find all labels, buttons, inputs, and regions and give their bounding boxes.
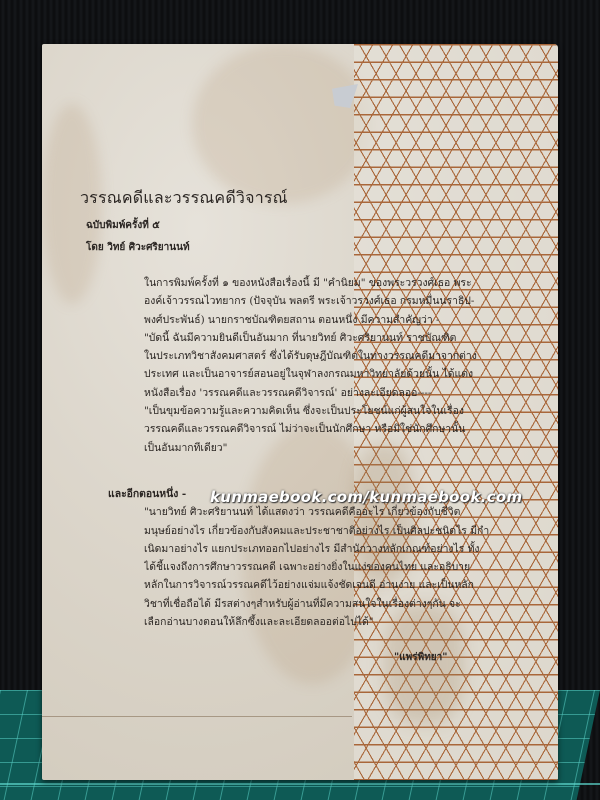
text-line: ได้ชี้แจงถึงการศึกษาวรรณคดี เฉพาะอย่างยิ… — [144, 558, 494, 576]
text-line: พงศ์ประพันธ์) นายกราชบัณฑิตยสถาน ตอนหนึ่… — [144, 311, 494, 329]
text-line: หนังสือเรื่อง 'วรรณคดีและวรรณคดีวิจารณ์'… — [144, 384, 494, 402]
text-line: วรรณคดีและวรรณคดีวิจารณ์ ไม่ว่าจะเป็นนัก… — [144, 420, 494, 438]
book-title: วรรณคดีและวรรณคดีวิจารณ์ — [80, 186, 288, 211]
text-line: มนุษย์อย่างไร เกี่ยวข้องกับสังคมและประชา… — [144, 522, 494, 540]
text-line: องค์เจ้าวรรณไวทยากร (ปัจจุบัน พลตรี พระเ… — [144, 292, 494, 310]
cover-crease — [42, 716, 352, 717]
foreword-paragraph-1: ในการพิมพ์ครั้งที่ ๑ ของหนังสือเรื่องนี้… — [144, 274, 494, 457]
text-line: ในการพิมพ์ครั้งที่ ๑ ของหนังสือเรื่องนี้… — [144, 274, 494, 292]
text-line: วิชาที่เชื่อถือได้ มีรสต่างๆสำหรับผู้อ่า… — [144, 595, 494, 613]
signature: "แพร่พิทยา" — [394, 650, 448, 665]
book-back-cover: วรรณคดีและวรรณคดีวิจารณ์ ฉบับพิมพ์ครั้งท… — [42, 44, 558, 780]
edition-label: ฉบับพิมพ์ครั้งที่ ๕ — [86, 218, 160, 233]
cutting-mat-line — [0, 783, 600, 785]
text-line: เป็นอันมากทีเดียว" — [144, 439, 494, 457]
text-line: "บัดนี้ ฉันมีความยินดีเป็นอันมาก ที่นายว… — [144, 329, 494, 347]
text-line: ในประเภทวิชาสังคมศาสตร์ ซึ่งได้รับดุษฎีบ… — [144, 347, 494, 365]
foreword-paragraph-2: และอีกตอนหนึ่ง - "นายวิทย์ ศิวะศริยานนท์… — [144, 485, 494, 631]
text-line: "เป็นขุมข้อความรู้และความคิดเห็น ซึ่งจะเ… — [144, 402, 494, 420]
author-label: โดย วิทย์ ศิวะศริยานนท์ — [86, 240, 190, 255]
text-line: เลือกอ่านบางตอนให้ลึกซึ้งและละเอียดลออต่… — [144, 613, 494, 631]
text-line: หลักในการวิจารณ์วรรณคดีไว้อย่างแจ่มแจ้งช… — [144, 576, 494, 594]
watermark: kunmaebook.com/kunmaebook.com — [210, 488, 522, 506]
text-line: ประเทศ และเป็นอาจารย์สอนอยู่ในจุฬาลงกรณม… — [144, 365, 494, 383]
text-line: "นายวิทย์ ศิวะศริยานนท์ ได้แสดงว่า วรรณค… — [144, 503, 494, 521]
water-stain — [192, 44, 372, 204]
text-line: เนิดมาอย่างไร แยกประเภทออกไปอย่างไร มีสำ… — [144, 540, 494, 558]
